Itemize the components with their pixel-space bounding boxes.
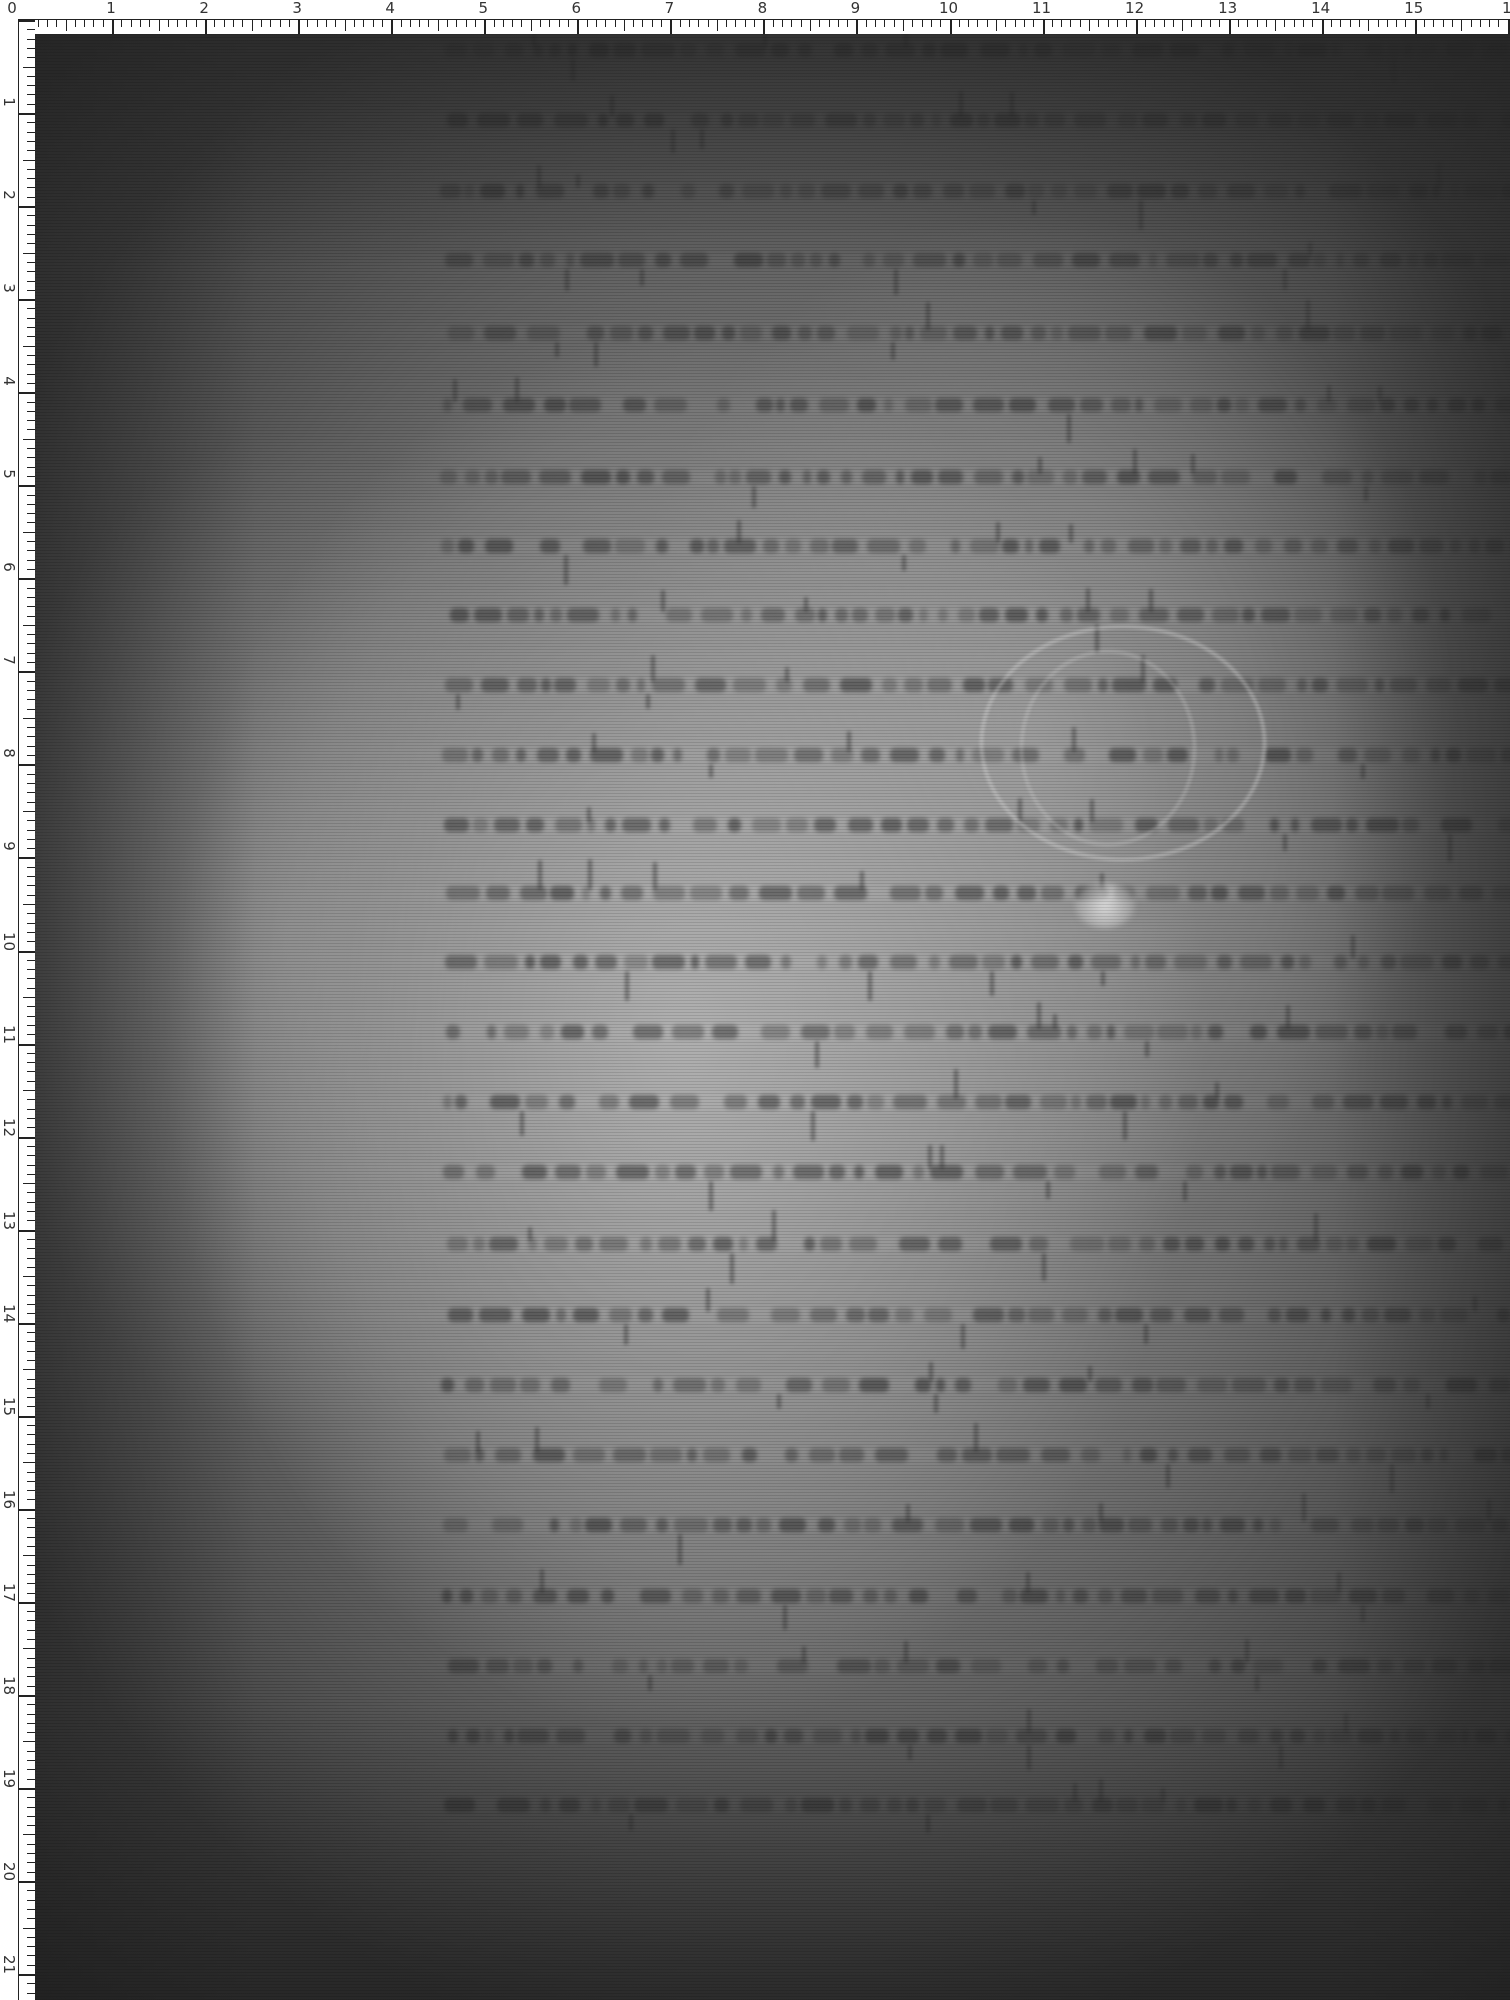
glyph-stroke xyxy=(1448,834,1452,862)
mm-tick xyxy=(1247,20,1248,27)
glyph-stroke xyxy=(860,871,864,890)
mm-tick xyxy=(27,1993,35,1994)
mm-tick xyxy=(27,1686,35,1687)
mm-tick xyxy=(27,327,35,328)
mm-tick xyxy=(27,457,35,458)
glyph-stroke xyxy=(815,1041,819,1068)
mm-tick xyxy=(27,1797,35,1798)
glyph-stroke xyxy=(954,1069,958,1099)
glyph-stroke xyxy=(540,1569,544,1593)
cm-tick xyxy=(18,951,35,953)
mm-tick xyxy=(27,839,35,840)
glyph-stroke xyxy=(1327,385,1331,402)
glyph-stroke xyxy=(709,1181,713,1211)
half-cm-tick xyxy=(531,20,532,31)
mm-tick xyxy=(1005,20,1006,27)
mm-tick xyxy=(27,1202,35,1203)
mm-tick xyxy=(27,1267,35,1268)
mm-tick xyxy=(27,1853,35,1854)
mm-tick xyxy=(1359,20,1360,27)
mm-tick xyxy=(708,20,709,27)
mm-tick xyxy=(27,1825,35,1826)
cm-tick xyxy=(18,671,35,673)
mm-tick xyxy=(1052,20,1053,27)
top-ruler-label: 5 xyxy=(478,0,488,16)
glyph-stroke xyxy=(571,59,575,81)
glyph-stroke xyxy=(1099,1779,1103,1802)
glyph-stroke xyxy=(1245,1639,1249,1663)
glyph-stroke xyxy=(1306,300,1310,330)
circular-stamp-inner xyxy=(1020,650,1196,846)
half-cm-tick xyxy=(23,1741,35,1742)
mm-tick xyxy=(1480,20,1481,27)
bright-spot xyxy=(1075,883,1135,928)
mm-tick xyxy=(27,85,35,86)
manuscript-text-line xyxy=(447,1234,1510,1256)
mm-tick xyxy=(27,1016,35,1017)
glyph-stroke xyxy=(908,1745,912,1760)
glyph-stroke xyxy=(1123,1111,1127,1140)
cm-tick xyxy=(18,1416,35,1418)
mm-tick xyxy=(1350,20,1351,27)
mm-tick xyxy=(27,885,35,886)
glyph-stroke xyxy=(902,555,906,571)
mm-tick xyxy=(27,197,35,198)
mm-tick xyxy=(27,1527,35,1528)
mm-tick xyxy=(27,1676,35,1677)
glyph-stroke xyxy=(934,1394,938,1413)
mm-tick xyxy=(27,1704,35,1705)
mm-tick xyxy=(1294,20,1295,27)
mm-tick xyxy=(27,1751,35,1752)
mm-tick xyxy=(773,20,774,27)
mm-tick xyxy=(27,1714,35,1715)
left-ruler-label: 3 xyxy=(1,280,17,296)
left-ruler-label: 16 xyxy=(1,1490,17,1506)
mm-tick xyxy=(27,1062,35,1063)
glyph-stroke xyxy=(891,342,895,360)
glyph-stroke xyxy=(752,486,756,508)
mm-tick xyxy=(689,20,690,27)
mm-tick xyxy=(27,336,35,337)
mm-tick xyxy=(428,20,429,27)
mm-tick xyxy=(27,1313,35,1314)
mm-tick xyxy=(27,1872,35,1873)
glyph-stroke xyxy=(515,377,519,402)
mm-tick xyxy=(456,20,457,27)
glyph-stroke xyxy=(1337,1572,1341,1593)
top-ruler-label: 4 xyxy=(385,0,395,16)
mm-tick xyxy=(27,960,35,961)
mm-tick xyxy=(27,550,35,551)
glyph-stroke xyxy=(610,95,614,117)
mm-tick xyxy=(27,727,35,728)
mm-tick xyxy=(27,48,35,49)
top-ruler xyxy=(18,19,1510,34)
mm-tick xyxy=(27,495,35,496)
half-cm-tick xyxy=(23,1369,35,1370)
manuscript-text-line xyxy=(443,1162,1510,1184)
half-cm-tick xyxy=(23,1648,35,1649)
glyph-stroke xyxy=(1038,457,1042,474)
mm-tick xyxy=(27,1006,35,1007)
mm-tick xyxy=(121,20,122,27)
mm-tick xyxy=(27,913,35,914)
mm-tick xyxy=(27,364,35,365)
mm-tick xyxy=(27,150,35,151)
half-cm-tick xyxy=(1275,20,1276,31)
manuscript-text-line xyxy=(445,40,1510,62)
half-cm-tick xyxy=(23,1834,35,1835)
manuscript-text-line xyxy=(441,536,1510,558)
mm-tick xyxy=(140,20,141,27)
left-ruler-label: 18 xyxy=(1,1676,17,1692)
mm-tick xyxy=(27,643,35,644)
manuscript-text-line xyxy=(443,1092,1510,1114)
glyph-stroke xyxy=(1053,1014,1057,1029)
mm-tick xyxy=(373,20,374,27)
glyph-stroke xyxy=(594,342,598,367)
mm-tick xyxy=(922,20,923,27)
half-cm-tick xyxy=(23,67,35,68)
glyph-stroke xyxy=(1361,1605,1365,1622)
cm-tick xyxy=(670,20,672,35)
manuscript-text-line xyxy=(446,1022,1510,1044)
left-ruler-label: 19 xyxy=(1,1769,17,1785)
glyph-stroke xyxy=(456,694,460,710)
glyph-stroke xyxy=(940,1145,944,1169)
mm-tick xyxy=(27,522,35,523)
mm-tick xyxy=(1080,20,1081,27)
cm-tick xyxy=(18,113,35,115)
mm-tick xyxy=(27,1239,35,1240)
mm-tick xyxy=(27,1593,35,1594)
manuscript-text-line xyxy=(440,467,1510,489)
mm-tick xyxy=(168,20,169,27)
mm-tick xyxy=(27,1248,35,1249)
left-ruler-label: 4 xyxy=(1,373,17,389)
glyph-stroke xyxy=(1026,1572,1030,1593)
mm-tick xyxy=(521,20,522,27)
mm-tick xyxy=(27,1862,35,1863)
half-cm-tick xyxy=(23,532,35,533)
cm-tick xyxy=(18,1788,35,1790)
mm-tick xyxy=(363,20,364,27)
mm-tick xyxy=(27,709,35,710)
glyph-stroke xyxy=(1086,588,1090,612)
glyph-stroke xyxy=(929,1362,933,1382)
mm-tick xyxy=(27,1099,35,1100)
mm-tick xyxy=(875,20,876,27)
mm-tick xyxy=(131,20,132,27)
glyph-stroke xyxy=(646,694,650,709)
left-ruler-label: 6 xyxy=(1,559,17,575)
manuscript-text-line xyxy=(448,1726,1510,1748)
left-ruler-label: 20 xyxy=(1,1862,17,1878)
manuscript-text-line xyxy=(445,250,1510,272)
mm-tick xyxy=(27,1211,35,1212)
mm-tick xyxy=(27,1332,35,1333)
mm-tick xyxy=(27,830,35,831)
mm-tick xyxy=(27,1220,35,1221)
glyph-stroke xyxy=(706,1288,710,1312)
mm-tick xyxy=(633,20,634,27)
cm-tick xyxy=(18,1137,35,1139)
half-cm-tick xyxy=(23,346,35,347)
mm-tick xyxy=(27,132,35,133)
mm-tick xyxy=(27,988,35,989)
mm-tick xyxy=(27,141,35,142)
mm-tick xyxy=(27,402,35,403)
mm-tick xyxy=(847,20,848,27)
mm-tick xyxy=(27,1918,35,1919)
half-cm-tick xyxy=(1368,20,1369,31)
half-cm-tick xyxy=(66,20,67,31)
mm-tick xyxy=(1201,20,1202,27)
cm-tick xyxy=(856,20,858,35)
cm-tick xyxy=(18,1323,35,1325)
cm-tick xyxy=(950,20,952,35)
mm-tick xyxy=(27,1723,35,1724)
top-ruler-label: 15 xyxy=(1404,0,1423,16)
mm-tick xyxy=(1257,20,1258,27)
mm-tick xyxy=(884,20,885,27)
mm-tick xyxy=(27,383,35,384)
mm-tick xyxy=(782,20,783,27)
cm-tick xyxy=(18,20,35,22)
manuscript-text-line xyxy=(446,883,1510,905)
glyph-stroke xyxy=(811,1111,815,1141)
mm-tick xyxy=(27,1946,35,1947)
top-ruler-label: 6 xyxy=(572,0,582,16)
cm-tick xyxy=(484,20,486,35)
half-cm-tick xyxy=(438,20,439,31)
half-cm-tick xyxy=(624,20,625,31)
mm-tick xyxy=(27,1025,35,1026)
mm-tick xyxy=(912,20,913,27)
glyph-stroke xyxy=(868,971,872,1001)
mm-tick xyxy=(27,1574,35,1575)
top-ruler-label: 13 xyxy=(1218,0,1237,16)
mm-tick xyxy=(801,20,802,27)
top-ruler-label: 9 xyxy=(851,0,861,16)
mm-tick xyxy=(27,588,35,589)
left-ruler-label: 7 xyxy=(1,652,17,668)
glyph-stroke xyxy=(1344,1713,1348,1733)
manuscript-text-line xyxy=(443,395,1510,417)
top-ruler-label: 7 xyxy=(665,0,675,16)
glyph-stroke xyxy=(564,555,568,585)
glyph-stroke xyxy=(1390,1464,1394,1493)
manuscript-text-line xyxy=(444,1795,1510,1817)
mm-tick xyxy=(1498,20,1499,27)
glyph-stroke xyxy=(990,971,994,996)
glyph-stroke xyxy=(785,667,789,682)
glyph-stroke xyxy=(783,1605,787,1630)
glyph-stroke xyxy=(538,860,542,890)
left-ruler-label: 2 xyxy=(1,187,17,203)
glyph-stroke xyxy=(587,807,591,822)
mm-tick xyxy=(27,1518,35,1519)
cm-tick xyxy=(1229,20,1231,35)
mm-tick xyxy=(1424,20,1425,27)
cm-tick xyxy=(18,1695,35,1697)
mm-tick xyxy=(419,20,420,27)
manuscript-text-line xyxy=(447,110,1510,132)
mm-tick xyxy=(27,374,35,375)
mm-tick xyxy=(838,20,839,27)
manuscript-text-line xyxy=(445,675,1510,697)
glyph-stroke xyxy=(904,34,908,47)
glyph-stroke xyxy=(1279,1745,1283,1769)
mm-tick xyxy=(27,94,35,95)
mm-tick xyxy=(1387,20,1388,27)
mm-tick xyxy=(27,1630,35,1631)
mm-tick xyxy=(27,978,35,979)
mm-tick xyxy=(27,1397,35,1398)
mm-tick xyxy=(27,1909,35,1910)
mm-tick xyxy=(27,932,35,933)
glyph-stroke xyxy=(1487,1499,1491,1522)
mm-tick xyxy=(27,1844,35,1845)
glyph-stroke xyxy=(1067,414,1071,443)
mm-tick xyxy=(27,783,35,784)
mm-tick xyxy=(1489,20,1490,27)
half-cm-tick xyxy=(23,253,35,254)
mm-tick xyxy=(27,941,35,942)
mm-tick xyxy=(27,699,35,700)
top-ruler-label: 11 xyxy=(1032,0,1051,16)
mm-tick xyxy=(75,20,76,27)
mm-tick xyxy=(38,20,39,27)
glyph-stroke xyxy=(1027,1745,1031,1770)
mm-tick xyxy=(494,20,495,27)
glyph-stroke xyxy=(1283,269,1287,290)
mm-tick xyxy=(447,20,448,27)
mm-tick xyxy=(549,20,550,27)
glyph-stroke xyxy=(1378,386,1382,402)
mm-tick xyxy=(1061,20,1062,27)
half-cm-tick xyxy=(717,20,718,31)
mm-tick xyxy=(568,20,569,27)
mm-tick xyxy=(27,1472,35,1473)
cm-tick xyxy=(112,20,114,35)
mm-tick xyxy=(726,20,727,27)
manuscript-text-line xyxy=(448,323,1510,345)
mm-tick xyxy=(27,318,35,319)
mm-tick xyxy=(27,746,35,747)
mm-tick xyxy=(27,448,35,449)
mm-tick xyxy=(512,20,513,27)
mm-tick xyxy=(27,1583,35,1584)
half-cm-tick xyxy=(23,160,35,161)
glyph-stroke xyxy=(1133,449,1137,474)
mm-tick xyxy=(27,1425,35,1426)
mm-tick xyxy=(401,20,402,27)
cm-tick xyxy=(577,20,579,35)
half-cm-tick xyxy=(903,20,904,31)
half-cm-tick xyxy=(23,1462,35,1463)
mm-tick xyxy=(1378,20,1379,27)
mm-tick xyxy=(27,1388,35,1389)
mm-tick xyxy=(177,20,178,27)
glyph-stroke xyxy=(1073,1783,1077,1802)
cm-tick xyxy=(298,20,300,35)
glyph-stroke xyxy=(1088,1366,1092,1382)
mm-tick xyxy=(270,20,271,27)
glyph-stroke xyxy=(700,129,704,149)
mm-tick xyxy=(27,225,35,226)
mm-tick xyxy=(27,848,35,849)
mm-tick xyxy=(1145,20,1146,27)
cm-tick xyxy=(18,1602,35,1604)
manuscript-text-line xyxy=(443,1515,1510,1537)
mm-tick xyxy=(27,569,35,570)
mm-tick xyxy=(931,20,932,27)
left-ruler-label: 17 xyxy=(1,1583,17,1599)
mm-tick xyxy=(27,597,35,598)
mm-tick xyxy=(289,20,290,27)
mm-tick xyxy=(27,1807,35,1808)
glyph-stroke xyxy=(1037,1002,1041,1029)
mm-tick xyxy=(27,476,35,477)
mm-tick xyxy=(196,20,197,27)
glyph-stroke xyxy=(894,269,898,295)
mm-tick xyxy=(866,20,867,27)
mm-tick xyxy=(745,20,746,27)
cm-tick xyxy=(18,1974,35,1976)
mm-tick xyxy=(1164,20,1165,27)
glyph-stroke xyxy=(520,1111,524,1136)
mm-tick xyxy=(27,29,35,30)
mm-tick xyxy=(27,1890,35,1891)
mm-tick xyxy=(27,504,35,505)
mm-tick xyxy=(317,20,318,27)
glyph-stroke xyxy=(532,34,536,47)
left-ruler-label: 21 xyxy=(1,1955,17,1971)
mm-tick xyxy=(1284,20,1285,27)
mm-tick xyxy=(27,429,35,430)
mm-tick xyxy=(27,1490,35,1491)
mm-tick xyxy=(1303,20,1304,27)
cm-tick xyxy=(1415,20,1417,35)
mm-tick xyxy=(27,1118,35,1119)
glyph-stroke xyxy=(926,302,930,330)
mm-tick xyxy=(27,290,35,291)
mm-tick xyxy=(149,20,150,27)
mm-tick xyxy=(959,20,960,27)
left-ruler-label: 14 xyxy=(1,1304,17,1320)
mm-tick xyxy=(27,616,35,617)
mm-tick xyxy=(27,76,35,77)
mm-tick xyxy=(27,681,35,682)
glyph-stroke xyxy=(1149,589,1153,612)
glyph-stroke xyxy=(1032,200,1036,215)
mm-tick xyxy=(27,1453,35,1454)
half-cm-tick xyxy=(1089,20,1090,31)
mm-tick xyxy=(27,178,35,179)
mm-tick xyxy=(27,1620,35,1621)
mm-tick xyxy=(27,1760,35,1761)
left-ruler-label: 15 xyxy=(1,1397,17,1413)
mm-tick xyxy=(1452,20,1453,27)
half-cm-tick xyxy=(23,1276,35,1277)
mm-tick xyxy=(1117,20,1118,27)
glyph-stroke xyxy=(1010,92,1014,117)
glyph-stroke xyxy=(804,597,808,612)
glyph-stroke xyxy=(847,731,851,752)
left-ruler-label: 5 xyxy=(1,466,17,482)
